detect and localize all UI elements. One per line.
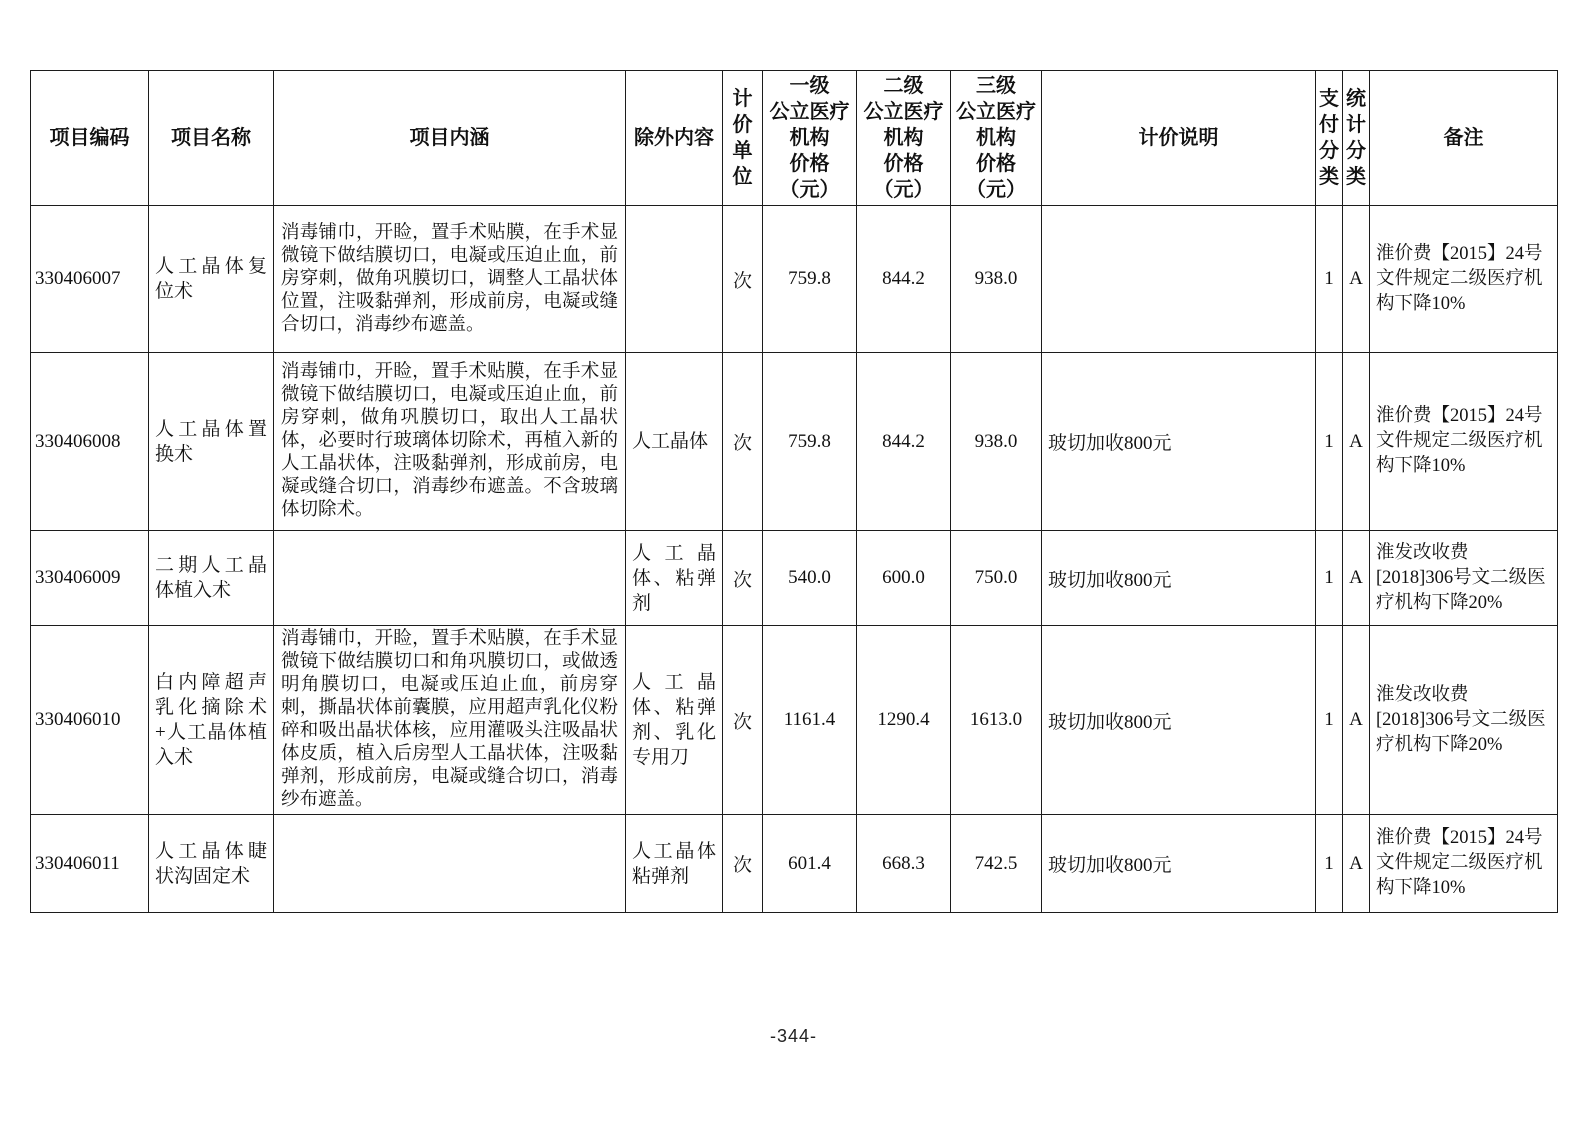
cell-excluded: 人工晶体 — [626, 353, 723, 531]
cell-stat-class: A — [1343, 206, 1370, 353]
col-header-item-content: 项目内涵 — [274, 71, 626, 206]
cell-stat-class: A — [1343, 626, 1370, 815]
cell-remark: 淮发改收费 [2018]306号文二级医疗机构下降20% — [1370, 626, 1558, 815]
cell-price-tier2: 844.2 — [857, 206, 951, 353]
cell-price-tier1: 601.4 — [763, 815, 857, 913]
cell-payment-class: 1 — [1316, 626, 1343, 815]
cell-payment-class: 1 — [1316, 815, 1343, 913]
col-header-payment-class: 支付分类 — [1316, 71, 1343, 206]
cell-price-tier3: 938.0 — [951, 206, 1042, 353]
medical-service-pricing-table: 项目编码 项目名称 项目内涵 除外内容 计价单位 一级 公立医疗 机构 价格 （… — [30, 70, 1558, 913]
cell-unit: 次 — [723, 626, 763, 815]
cell-item-name: 人工晶体睫状沟固定术 — [149, 815, 274, 913]
cell-price-tier3: 938.0 — [951, 353, 1042, 531]
table-row: 330406008 人工晶体置换术 消毒铺巾，开睑，置手术贴膜，在手术显微镜下做… — [31, 353, 1558, 531]
cell-price-tier2: 668.3 — [857, 815, 951, 913]
cell-price-tier3: 742.5 — [951, 815, 1042, 913]
cell-item-content: 消毒铺巾，开睑，置手术贴膜，在手术显微镜下做结膜切口，电凝或压迫止血，前房穿刺，… — [274, 353, 626, 531]
cell-item-name: 人工晶体置换术 — [149, 353, 274, 531]
table-header-row: 项目编码 项目名称 项目内涵 除外内容 计价单位 一级 公立医疗 机构 价格 （… — [31, 71, 1558, 206]
cell-remark: 淮价费【2015】24号文件规定二级医疗机构下降10% — [1370, 353, 1558, 531]
col-header-pricing-note: 计价说明 — [1042, 71, 1316, 206]
cell-item-name: 人工晶体复位术 — [149, 206, 274, 353]
cell-item-code: 330406007 — [31, 206, 149, 353]
cell-excluded — [626, 206, 723, 353]
cell-payment-class: 1 — [1316, 206, 1343, 353]
cell-stat-class: A — [1343, 353, 1370, 531]
page-number: -344- — [0, 1026, 1587, 1047]
cell-price-tier1: 759.8 — [763, 353, 857, 531]
cell-pricing-note: 玻切加收800元 — [1042, 531, 1316, 626]
cell-excluded: 人工晶体、粘弹剂 — [626, 531, 723, 626]
table-row: 330406007 人工晶体复位术 消毒铺巾，开睑，置手术贴膜，在手术显微镜下做… — [31, 206, 1558, 353]
cell-price-tier3: 1613.0 — [951, 626, 1042, 815]
cell-item-code: 330406009 — [31, 531, 149, 626]
cell-pricing-note: 玻切加收800元 — [1042, 626, 1316, 815]
col-header-price-tier3: 三级 公立医疗 机构 价格 （元） — [951, 71, 1042, 206]
cell-remark: 淮发改收费 [2018]306号文二级医疗机构下降20% — [1370, 531, 1558, 626]
cell-unit: 次 — [723, 206, 763, 353]
col-header-stat-class: 统计分类 — [1343, 71, 1370, 206]
cell-price-tier3: 750.0 — [951, 531, 1042, 626]
cell-item-name: 白内障超声乳化摘除术+人工晶体植入术 — [149, 626, 274, 815]
cell-excluded: 人工晶体、粘弹剂、乳化专用刀 — [626, 626, 723, 815]
cell-remark: 淮价费【2015】24号文件规定二级医疗机构下降10% — [1370, 206, 1558, 353]
cell-payment-class: 1 — [1316, 531, 1343, 626]
cell-price-tier2: 1290.4 — [857, 626, 951, 815]
cell-unit: 次 — [723, 815, 763, 913]
cell-item-code: 330406011 — [31, 815, 149, 913]
cell-pricing-note: 玻切加收800元 — [1042, 815, 1316, 913]
cell-pricing-note: 玻切加收800元 — [1042, 353, 1316, 531]
cell-item-content — [274, 815, 626, 913]
cell-unit: 次 — [723, 353, 763, 531]
cell-excluded: 人工晶体粘弹剂 — [626, 815, 723, 913]
col-header-excluded: 除外内容 — [626, 71, 723, 206]
cell-item-name: 二期人工晶体植入术 — [149, 531, 274, 626]
table-row: 330406010 白内障超声乳化摘除术+人工晶体植入术 消毒铺巾，开睑，置手术… — [31, 626, 1558, 815]
cell-item-content: 消毒铺巾，开睑，置手术贴膜，在手术显微镜下做结膜切口，电凝或压迫止血，前房穿刺，… — [274, 206, 626, 353]
cell-price-tier2: 844.2 — [857, 353, 951, 531]
cell-item-code: 330406010 — [31, 626, 149, 815]
cell-item-code: 330406008 — [31, 353, 149, 531]
cell-price-tier1: 759.8 — [763, 206, 857, 353]
cell-stat-class: A — [1343, 531, 1370, 626]
cell-price-tier1: 1161.4 — [763, 626, 857, 815]
col-header-remark: 备注 — [1370, 71, 1558, 206]
cell-stat-class: A — [1343, 815, 1370, 913]
cell-pricing-note — [1042, 206, 1316, 353]
table-row: 330406011 人工晶体睫状沟固定术 人工晶体粘弹剂 次 601.4 668… — [31, 815, 1558, 913]
col-header-item-code: 项目编码 — [31, 71, 149, 206]
col-header-price-tier2: 二级 公立医疗 机构 价格 （元） — [857, 71, 951, 206]
cell-payment-class: 1 — [1316, 353, 1343, 531]
col-header-price-tier1: 一级 公立医疗 机构 价格 （元） — [763, 71, 857, 206]
cell-unit: 次 — [723, 531, 763, 626]
col-header-item-name: 项目名称 — [149, 71, 274, 206]
cell-price-tier2: 600.0 — [857, 531, 951, 626]
cell-remark: 淮价费【2015】24号文件规定二级医疗机构下降10% — [1370, 815, 1558, 913]
table-row: 330406009 二期人工晶体植入术 人工晶体、粘弹剂 次 540.0 600… — [31, 531, 1558, 626]
cell-item-content: 消毒铺巾，开睑，置手术贴膜，在手术显微镜下做结膜切口和角巩膜切口，或做透明角膜切… — [274, 626, 626, 815]
cell-item-content — [274, 531, 626, 626]
document-page: 项目编码 项目名称 项目内涵 除外内容 计价单位 一级 公立医疗 机构 价格 （… — [0, 0, 1587, 1122]
col-header-unit: 计价单位 — [723, 71, 763, 206]
cell-price-tier1: 540.0 — [763, 531, 857, 626]
